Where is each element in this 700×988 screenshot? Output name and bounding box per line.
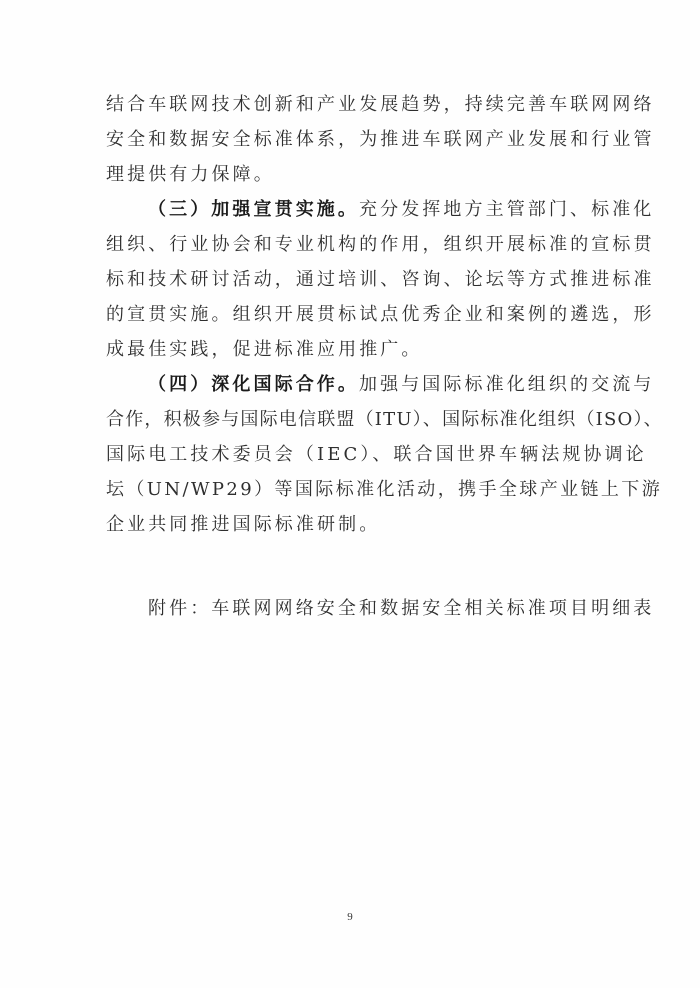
- attachment-note: 附件：车联网网络安全和数据安全相关标准项目明细表: [148, 591, 654, 626]
- paragraph-continuation: 结合车联网技术创新和产业发展趋势，持续完善车联网网络 安全和数据安全标准体系，为…: [106, 87, 594, 192]
- text-line: 组织、行业协会和专业机构的作用，组织开展标准的宣标贯: [106, 227, 594, 262]
- text-line: 结合车联网技术创新和产业发展趋势，持续完善车联网网络: [106, 87, 594, 122]
- text-line: （三）加强宣贯实施。充分发挥地方主管部门、标准化: [106, 192, 594, 227]
- text-line: 理提供有力保障。: [106, 157, 594, 192]
- text-line: 合作，积极参与国际电信联盟（ITU）、国际标准化组织（ISO）、: [106, 402, 594, 437]
- paragraph-section-3: （三）加强宣贯实施。充分发挥地方主管部门、标准化 组织、行业协会和专业机构的作用…: [106, 192, 594, 367]
- text-line: 坛（UN/WP29）等国际标准化活动，携手全球产业链上下游: [106, 472, 594, 507]
- text-line: 企业共同推进国际标准研制。: [106, 507, 594, 542]
- section-text: 加强与国际标准化组织的交流与: [359, 374, 654, 395]
- section-text: 充分发挥地方主管部门、标准化: [359, 199, 654, 220]
- text-line: 安全和数据安全标准体系，为推进车联网产业发展和行业管: [106, 122, 594, 157]
- text-line: 的宣贯实施。组织开展贯标试点优秀企业和案例的遴选，形: [106, 297, 594, 332]
- paragraph-section-4: （四）深化国际合作。加强与国际标准化组织的交流与 合作，积极参与国际电信联盟（I…: [106, 367, 594, 542]
- page-number: 9: [0, 911, 700, 923]
- text-line: 国际电工技术委员会（IEC）、联合国世界车辆法规协调论: [106, 437, 594, 472]
- section-heading: （三）加强宣贯实施。: [148, 199, 359, 220]
- text-line: （四）深化国际合作。加强与国际标准化组织的交流与: [106, 367, 594, 402]
- document-page: 结合车联网技术创新和产业发展趋势，持续完善车联网网络 安全和数据安全标准体系，为…: [0, 0, 700, 988]
- text-line: 标和技术研讨活动，通过培训、咨询、论坛等方式推进标准: [106, 262, 594, 297]
- section-heading: （四）深化国际合作。: [148, 374, 359, 395]
- text-line: 成最佳实践，促进标准应用推广。: [106, 332, 594, 367]
- body-text: 结合车联网技术创新和产业发展趋势，持续完善车联网网络 安全和数据安全标准体系，为…: [106, 87, 594, 542]
